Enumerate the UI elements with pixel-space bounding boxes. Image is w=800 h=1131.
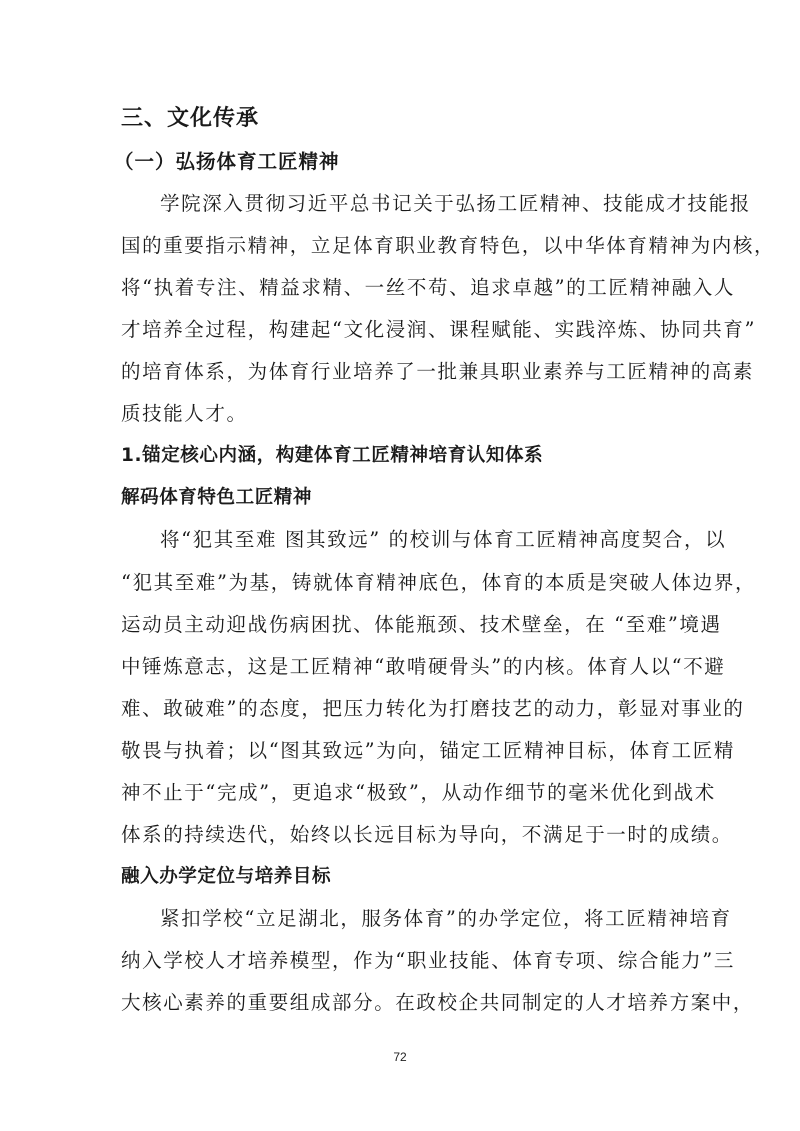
paragraph-line: 纳入学校人才培养模型，作为“职业技能、体育专项、综合能力”三 — [121, 949, 681, 973]
paragraph-line: 质技能人才。 — [121, 402, 681, 426]
heading-1: 1.锚定核心内涵，构建体育工匠精神培育认知体系 — [121, 444, 681, 468]
paragraph-line: 难、敢破难”的态度，把压力转化为打磨技艺的动力，彰显对事业的 — [121, 697, 681, 721]
document-page: 三、文化传承 （一）弘扬体育工匠精神 学院深入贯彻习近平总书记关于弘扬工匠精神、… — [0, 0, 800, 1131]
page-number: 72 — [0, 1050, 800, 1064]
paragraph-line: 中锤炼意志，这是工匠精神“敢啃硬骨头”的内核。体育人以“不避 — [121, 655, 681, 679]
paragraph-line: 体系的持续迭代，始终以长远目标为导向，不满足于一时的成绩。 — [121, 823, 681, 847]
heading-1a: 解码体育特色工匠精神 — [121, 486, 681, 510]
paragraph-line: 敬畏与执着；以“图其致远”为向，锚定工匠精神目标，体育工匠精 — [121, 739, 681, 763]
paragraph-line: 将“执着专注、精益求精、一丝不苟、追求卓越”的工匠精神融入人 — [121, 276, 681, 300]
paragraph-line: 大核心素养的重要组成部分。在政校企共同制定的人才培养方案中， — [121, 991, 681, 1015]
paragraph-line: 将“犯其至难 图其致远” 的校训与体育工匠精神高度契合，以 — [160, 528, 720, 552]
subsection-title: （一）弘扬体育工匠精神 — [114, 150, 674, 174]
paragraph-line: 才培养全过程，构建起“文化浸润、课程赋能、实践淬炼、协同共育” — [121, 318, 681, 342]
paragraph-line: 国的重要指示精神，立足体育职业教育特色，以中华体育精神为内核， — [121, 234, 681, 258]
paragraph-line: 的培育体系，为体育行业培养了一批兼具职业素养与工匠精神的高素 — [121, 360, 681, 384]
section-title: 三、文化传承 — [121, 107, 681, 131]
paragraph-line: 紧扣学校“立足湖北，服务体育”的办学定位，将工匠精神培育 — [160, 907, 720, 931]
paragraph-line: 神不止于“完成”，更追求“极致”，从动作细节的毫米优化到战术 — [121, 781, 681, 805]
heading-1b: 融入办学定位与培养目标 — [121, 865, 681, 889]
paragraph-line: 学院深入贯彻习近平总书记关于弘扬工匠精神、技能成才技能报 — [160, 192, 720, 216]
paragraph-line: 运动员主动迎战伤病困扰、体能瓶颈、技术壁垒，在 “至难”境遇 — [121, 613, 681, 637]
paragraph-line: “犯其至难”为基，铸就体育精神底色，体育的本质是突破人体边界， — [121, 571, 681, 595]
